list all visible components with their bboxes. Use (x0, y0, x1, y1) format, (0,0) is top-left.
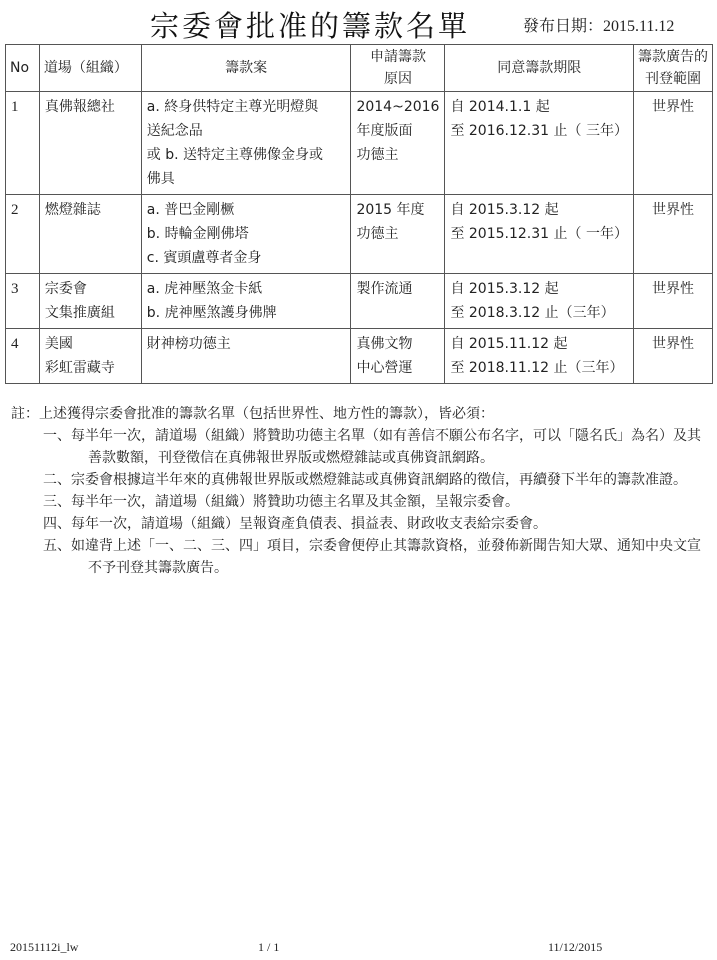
row-no: 1 (6, 92, 40, 195)
row-scope: 世界性 (634, 92, 713, 195)
table-row: 4 美國 彩虹雷藏寺 財神榜功德主 真佛文物 中心營運 自 2015.11.12… (6, 329, 713, 384)
header-org: 道場（組織） (39, 45, 141, 92)
row-period: 自 2015.3.12 起 至 2018.3.12 止（三年） (445, 274, 634, 329)
note-item-4: 四、每年一次，請道場（組織）呈報資產負債表、損益表、財政收支表給宗委會。 (11, 513, 711, 535)
row-no: 2 (6, 195, 40, 274)
header-scope: 籌款廣告的 刊登範圍 (634, 45, 713, 92)
row-org: 美國 彩虹雷藏寺 (39, 329, 141, 384)
row-no: 3 (6, 274, 40, 329)
header-no: No (6, 45, 40, 92)
table-row: 3 宗委會 文集推廣組 a. 虎神壓煞金卡紙 b. 虎神壓煞護身佛牌 製作流通 … (6, 274, 713, 329)
fundraising-table: No 道場（組織） 籌款案 申請籌款 原因 同意籌款期限 籌款廣告的 刊登範圍 … (5, 44, 713, 384)
row-org: 真佛報總社 (39, 92, 141, 195)
notes-section: 註：上述獲得宗委會批准的籌款名單（包括世界性、地方性的籌款），皆必須： 一、每半… (11, 403, 711, 579)
document-title: 宗委會批准的籌款名單 (150, 4, 470, 45)
row-org: 燃燈雜誌 (39, 195, 141, 274)
row-org: 宗委會 文集推廣組 (39, 274, 141, 329)
table-row: 1 真佛報總社 a. 終身供特定主尊光明燈與 送紀念品 或 b. 送特定主尊佛像… (6, 92, 713, 195)
row-scope: 世界性 (634, 195, 713, 274)
header-case: 籌款案 (141, 45, 351, 92)
publish-date: 發布日期：2015.11.12 (523, 13, 674, 36)
row-case: a. 虎神壓煞金卡紙 b. 虎神壓煞護身佛牌 (141, 274, 351, 329)
table-header-row: No 道場（組織） 籌款案 申請籌款 原因 同意籌款期限 籌款廣告的 刊登範圍 (6, 45, 713, 92)
row-reason: 真佛文物 中心營運 (351, 329, 445, 384)
notes-intro: 註：上述獲得宗委會批准的籌款名單（包括世界性、地方性的籌款），皆必須： (11, 403, 711, 425)
row-case: a. 普巴金剛橛 b. 時輪金剛佛塔 c. 賓頭盧尊者金身 (141, 195, 351, 274)
row-period: 自 2015.11.12 起 至 2018.11.12 止（三年） (445, 329, 634, 384)
row-period: 自 2014.1.1 起 至 2016.12.31 止（ 三年） (445, 92, 634, 195)
row-reason: 2014~2016 年度版面 功德主 (351, 92, 445, 195)
note-item-3: 三、每半年一次，請道場（組織）將贊助功德主名單及其金額，呈報宗委會。 (11, 491, 711, 513)
footer-filename: 20151112i_lw (10, 940, 78, 955)
row-case: 財神榜功德主 (141, 329, 351, 384)
table-row: 2 燃燈雜誌 a. 普巴金剛橛 b. 時輪金剛佛塔 c. 賓頭盧尊者金身 201… (6, 195, 713, 274)
row-period: 自 2015.3.12 起 至 2015.12.31 止（ 一年） (445, 195, 634, 274)
row-reason: 製作流通 (351, 274, 445, 329)
header-period: 同意籌款期限 (445, 45, 634, 92)
row-no: 4 (6, 329, 40, 384)
note-item-5: 五、如違背上述「一、二、三、四」項目，宗委會便停止其籌款資格，並發佈新聞告知大眾… (11, 535, 711, 579)
row-scope: 世界性 (634, 329, 713, 384)
note-item-1: 一、每半年一次，請道場（組織）將贊助功德主名單（如有善信不願公布名字，可以「隱名… (11, 425, 711, 469)
footer-date: 11/12/2015 (548, 940, 602, 955)
row-reason: 2015 年度 功德主 (351, 195, 445, 274)
footer-page-number: 1 / 1 (258, 940, 279, 955)
row-scope: 世界性 (634, 274, 713, 329)
row-case: a. 終身供特定主尊光明燈與 送紀念品 或 b. 送特定主尊佛像金身或 佛具 (141, 92, 351, 195)
header-reason: 申請籌款 原因 (351, 45, 445, 92)
note-item-2: 二、宗委會根據這半年來的真佛報世界版或燃燈雜誌或真佛資訊網路的徵信，再續發下半年… (11, 469, 711, 491)
